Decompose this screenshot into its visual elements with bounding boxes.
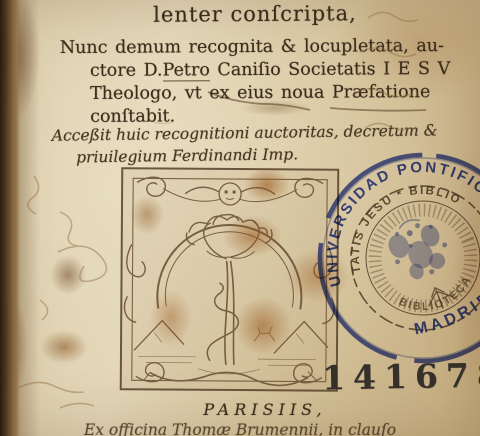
imprint-city: PARISIIS, — [120, 400, 410, 419]
underlined-name: Petro — [163, 60, 210, 81]
library-stamp-svg: UNIVERSIDAD PONTIFICIA TATIS JESU * BIBL… — [308, 142, 480, 382]
book-title-page-photo: lenter conſcripta, Nunc demum recognita … — [0, 0, 480, 436]
paragraph-line: Nunc demum recognita & locupletata, au- — [60, 35, 460, 60]
paper-stain — [50, 255, 86, 295]
paragraph-line: ctore D.Petro Caniſio Societatis I E S V — [60, 58, 460, 83]
imprint-publisher-line: Ex officina Thomæ Brumennii, in clauſo — [55, 421, 425, 436]
title-paragraph: Nunc demum recognita & locupletata, au- … — [60, 35, 460, 129]
text-run: Caniſio Societatis I E S V — [210, 59, 450, 80]
paragraph-line: Theologo, vt ex eius noua Præfatione — [60, 81, 460, 106]
library-stamp: UNIVERSIDAD PONTIFICIA TATIS JESU * BIBL… — [308, 142, 480, 382]
page-edge-shadow — [14, 0, 40, 436]
text-run: ctore D. — [90, 61, 163, 81]
paper-stain — [40, 330, 88, 364]
accession-number-stamp: 141678 — [322, 356, 480, 398]
title-fragment-line: lenter conſcripta, — [90, 1, 420, 27]
